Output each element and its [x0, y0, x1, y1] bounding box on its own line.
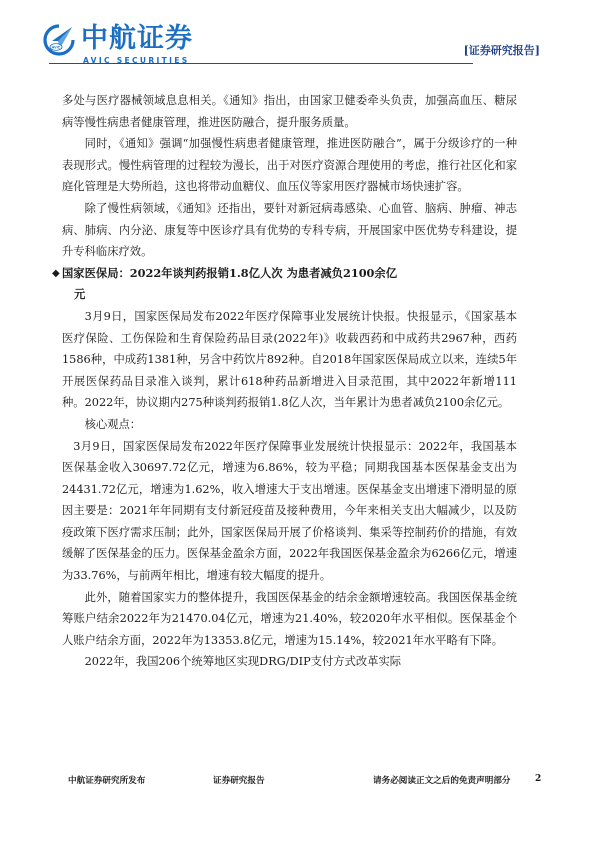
paragraph: 3月9日，国家医保局发布2022年医疗保障事业发展统计快报显示：2022年，我国…	[62, 436, 517, 587]
core-view-label: 核心观点：	[62, 414, 517, 436]
footer-doc-type: 证券研究报告	[213, 774, 265, 786]
paragraph: 同时，《通知》强调“加强慢性病患者健康管理，推进医防融合”，属于分级诊疗的一种表…	[62, 133, 517, 198]
logo-english-name: AVIC SECURITIES	[83, 56, 190, 66]
paragraph: 2022年，我国206个统筹地区实现DRG/DIP支付方式改革实际	[62, 651, 517, 673]
document-body: 多处与医疗器械领域息息相关。《通知》指出，由国家卫健委牵头负责，加强高血压、糖尿…	[62, 90, 517, 673]
news-paragraph: 3月9日，国家医保局发布2022年医疗保障事业发展统计快报。快报显示，《国家基本…	[62, 306, 517, 414]
header-divider	[49, 63, 473, 64]
footer-publisher: 中航证券研究所发布	[68, 774, 145, 786]
paragraph-continued: 多处与医疗器械领域息息相关。《通知》指出，由国家卫健委牵头负责，加强高血压、糖尿…	[62, 90, 517, 133]
paragraph: 此外，随着国家实力的整体提升，我国医保基金的结余金额增速较高。我国医保基金统筹账…	[62, 587, 517, 652]
footer-disclaimer: 请务必阅读正文之后的免责声明部分	[373, 774, 511, 786]
section-heading-line2: 元	[62, 284, 517, 306]
page-footer: 中航证券研究所发布 证券研究报告 请务必阅读正文之后的免责声明部分 2	[60, 774, 540, 788]
logo-chinese-name: 中航证券	[81, 22, 193, 56]
diamond-bullet-icon: ◆	[52, 263, 60, 285]
report-type-tag: [证券研究报告]	[464, 42, 540, 58]
svg-text:AVIC: AVIC	[52, 46, 61, 50]
section-heading-line1: 国家医保局：2022年谈判药报销1.8亿人次 为患者减负2100余亿	[62, 263, 517, 285]
paragraph: 除了慢性病领域，《通知》还指出，要针对新冠病毒感染、心血管、脑病、肿瘤、神志病、…	[62, 198, 517, 263]
page-number: 2	[535, 774, 541, 784]
page-header: AVIC 中航证券 AVIC SECURITIES	[43, 22, 474, 66]
section-heading: ◆ 国家医保局：2022年谈判药报销1.8亿人次 为患者减负2100余亿 元	[62, 263, 517, 306]
avic-logo-icon: AVIC	[43, 24, 75, 56]
